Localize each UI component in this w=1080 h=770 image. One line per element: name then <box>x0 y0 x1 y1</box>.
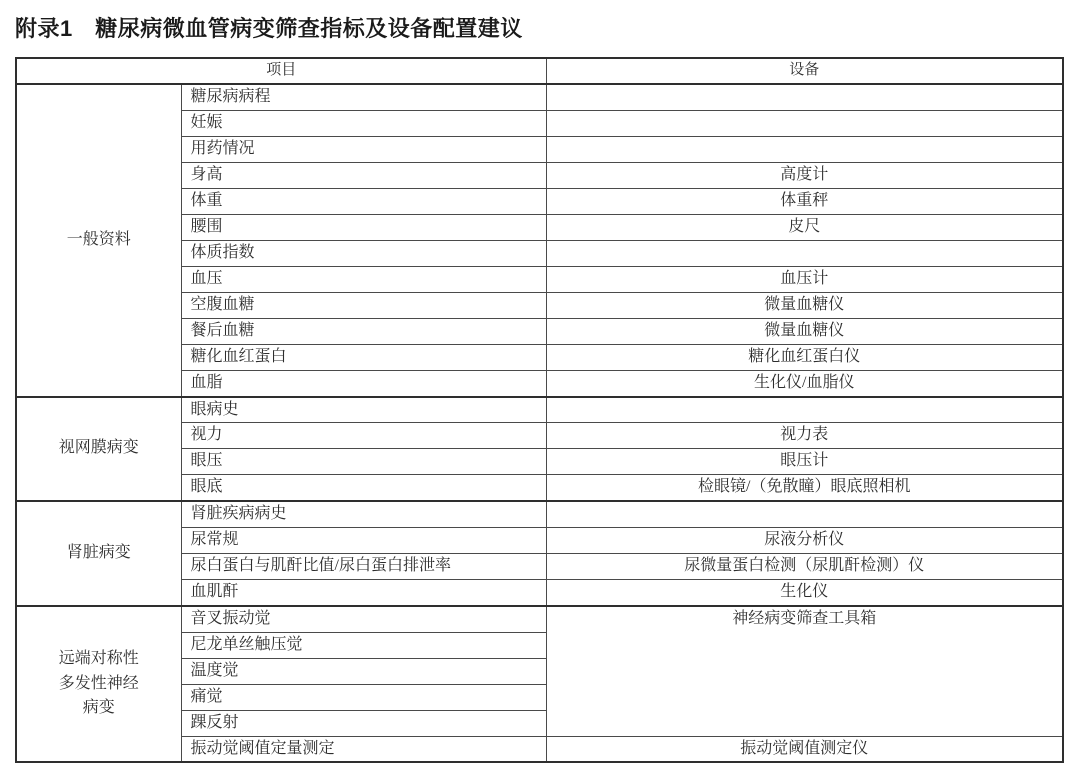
item-cell: 尼龙单丝触压觉 <box>181 632 546 658</box>
item-cell: 体质指数 <box>181 240 546 266</box>
item-cell: 糖化血红蛋白 <box>181 344 546 370</box>
equipment-cell: 振动觉阈值测定仪 <box>546 736 1063 762</box>
item-cell: 视力 <box>181 423 546 449</box>
item-cell: 温度觉 <box>181 658 546 684</box>
category-cell: 视网膜病变 <box>16 397 181 502</box>
item-cell: 眼压 <box>181 449 546 475</box>
equipment-cell: 生化仪/血脂仪 <box>546 370 1063 396</box>
equipment-cell: 体重秤 <box>546 188 1063 214</box>
equipment-cell: 高度计 <box>546 162 1063 188</box>
table-body: 一般资料糖尿病病程妊娠用药情况身高高度计体重体重秤腰围皮尺体质指数血压血压计空腹… <box>16 84 1063 762</box>
equipment-cell: 神经病变筛查工具箱 <box>546 606 1063 736</box>
equipment-cell: 皮尺 <box>546 214 1063 240</box>
equipment-cell: 糖化血红蛋白仪 <box>546 344 1063 370</box>
header-equipment: 设备 <box>546 58 1063 84</box>
item-cell: 肾脏疾病病史 <box>181 501 546 527</box>
category-cell: 一般资料 <box>16 84 181 397</box>
item-cell: 眼底 <box>181 475 546 501</box>
item-cell: 音叉振动觉 <box>181 606 546 632</box>
equipment-cell <box>546 136 1063 162</box>
item-cell: 痛觉 <box>181 684 546 710</box>
item-cell: 腰围 <box>181 214 546 240</box>
item-cell: 空腹血糖 <box>181 292 546 318</box>
equipment-cell <box>546 397 1063 423</box>
equipment-cell <box>546 240 1063 266</box>
item-cell: 血肌酐 <box>181 579 546 605</box>
item-cell: 眼病史 <box>181 397 546 423</box>
item-cell: 身高 <box>181 162 546 188</box>
document-page: 附录1 糖尿病微血管病变筛查指标及设备配置建议 项目 设备 一般资料糖尿病病程妊… <box>0 0 1080 770</box>
equipment-cell: 血压计 <box>546 266 1063 292</box>
equipment-cell <box>546 501 1063 527</box>
equipment-cell: 尿液分析仪 <box>546 527 1063 553</box>
item-cell: 踝反射 <box>181 710 546 736</box>
item-cell: 血压 <box>181 266 546 292</box>
equipment-cell <box>546 110 1063 136</box>
table-row: 远端对称性多发性神经病变音叉振动觉神经病变筛查工具箱 <box>16 606 1063 632</box>
header-project: 项目 <box>16 58 546 84</box>
item-cell: 妊娠 <box>181 110 546 136</box>
category-cell: 肾脏病变 <box>16 501 181 606</box>
item-cell: 血脂 <box>181 370 546 396</box>
item-cell: 糖尿病病程 <box>181 84 546 110</box>
equipment-cell: 微量血糖仪 <box>546 318 1063 344</box>
screening-table: 项目 设备 一般资料糖尿病病程妊娠用药情况身高高度计体重体重秤腰围皮尺体质指数血… <box>15 57 1064 763</box>
table-header: 项目 设备 <box>16 58 1063 84</box>
equipment-cell: 视力表 <box>546 423 1063 449</box>
item-cell: 体重 <box>181 188 546 214</box>
item-cell: 尿常规 <box>181 527 546 553</box>
item-cell: 振动觉阈值定量测定 <box>181 736 546 762</box>
equipment-cell: 尿微量蛋白检测（尿肌酐检测）仪 <box>546 553 1063 579</box>
item-cell: 餐后血糖 <box>181 318 546 344</box>
item-cell: 尿白蛋白与肌酐比值/尿白蛋白排泄率 <box>181 553 546 579</box>
equipment-cell: 眼压计 <box>546 449 1063 475</box>
table-row: 视网膜病变眼病史 <box>16 397 1063 423</box>
equipment-cell <box>546 84 1063 110</box>
equipment-cell: 微量血糖仪 <box>546 292 1063 318</box>
table-row: 肾脏病变肾脏疾病病史 <box>16 501 1063 527</box>
equipment-cell: 生化仪 <box>546 579 1063 605</box>
table-row: 一般资料糖尿病病程 <box>16 84 1063 110</box>
category-cell: 远端对称性多发性神经病变 <box>16 606 181 763</box>
item-cell: 用药情况 <box>181 136 546 162</box>
equipment-cell: 检眼镜/（免散瞳）眼底照相机 <box>546 475 1063 501</box>
page-title: 附录1 糖尿病微血管病变筛查指标及设备配置建议 <box>15 12 1065 43</box>
header-row: 项目 设备 <box>16 58 1063 84</box>
